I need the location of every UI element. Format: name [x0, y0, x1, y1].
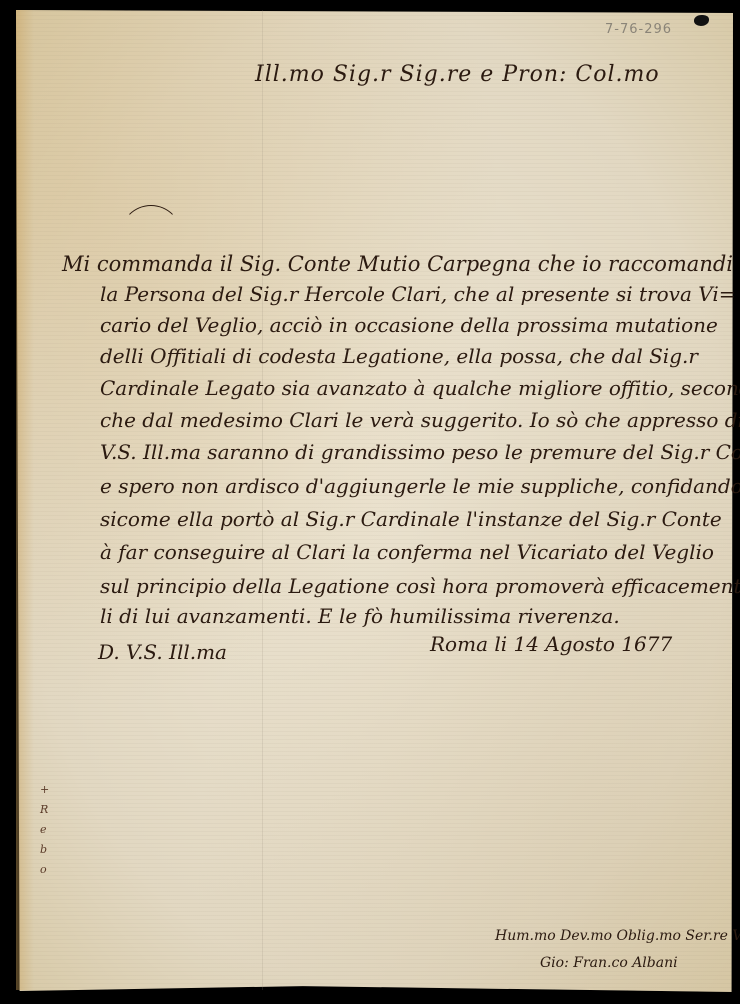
- closing-address: D. V.S. Ill.ma: [98, 640, 227, 664]
- body-line: sul principio della Legatione così hora …: [100, 574, 740, 598]
- body-line: che dal medesimo Clari le verà suggerito…: [100, 408, 740, 432]
- signature-name: Gio: Fran.co Albani: [540, 955, 678, 971]
- body-line: Mi commanda il Sig. Conte Mutio Carpegna…: [62, 252, 740, 276]
- letter-paper: [16, 10, 733, 992]
- paper-fold-line: [262, 10, 263, 990]
- margin-mark: e: [40, 820, 52, 840]
- margin-mark: R: [40, 800, 52, 820]
- body-line: sicome ella portò al Sig.r Cardinale l'i…: [100, 507, 722, 531]
- margin-mark: +: [40, 780, 52, 800]
- body-line: delli Offitiali di codesta Legatione, el…: [100, 344, 698, 368]
- body-line: li di lui avanzamenti. E le fò humilissi…: [100, 604, 620, 628]
- dateline: Roma li 14 Agosto 1677: [430, 632, 672, 656]
- body-line: la Persona del Sig.r Hercole Clari, che …: [100, 282, 735, 306]
- body-line: e spero non ardisco d'aggiungerle le mie…: [100, 474, 740, 498]
- signature-line: Hum.mo Dev.mo Oblig.mo Ser.re Vero: [495, 928, 740, 944]
- archive-number: 7-76-296: [605, 22, 672, 37]
- paper-edge-stain: [16, 10, 34, 990]
- margin-mark: o: [40, 860, 52, 880]
- body-line: V.S. Ill.ma saranno di grandissimo peso …: [100, 440, 740, 464]
- body-line: cario del Veglio, acciò in occasione del…: [100, 313, 718, 337]
- margin-mark: b: [40, 840, 52, 860]
- body-line: Cardinale Legato sia avanzato à qualche …: [100, 376, 740, 400]
- margin-annotation: + R e b o: [40, 780, 52, 880]
- body-line: à far conseguire al Clari la conferma ne…: [100, 540, 714, 564]
- salutation: Ill.mo Sig.r Sig.re e Pron: Col.mo: [255, 62, 660, 87]
